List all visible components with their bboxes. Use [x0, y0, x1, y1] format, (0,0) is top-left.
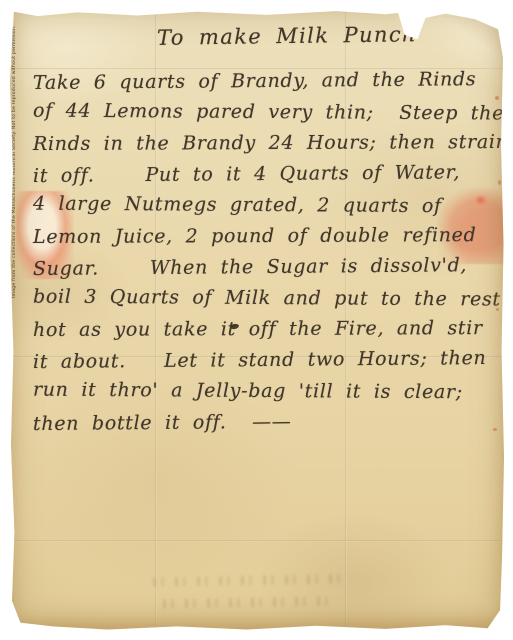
manuscript-line: Lemon Juice, 2 pound of double refined	[33, 224, 495, 248]
recipe-title: To make Milk Punch	[142, 22, 432, 50]
manuscript-line: 4 large Nutmegs grated, 2 quarts of	[33, 193, 495, 218]
manuscript-line: run it thro' a Jelly-bag 'till it is cle…	[33, 379, 495, 404]
manuscript-line: Rinds in the Brandy 24 Hours; then strai…	[33, 131, 495, 155]
manuscript-line: then bottle it off. ——	[33, 409, 495, 435]
manuscript-line: it about. Let it stand two Hours; then	[33, 347, 495, 373]
scanned-manuscript-image: To make Milk Punch Take 6 quarts of Bran…	[0, 0, 513, 640]
manuscript-line: hot as you take it off the Fire, and sti…	[33, 317, 495, 341]
red-speck	[498, 180, 501, 185]
red-speck	[495, 96, 499, 100]
manuscript-line: Take 6 quarts of Brandy, and the Rinds	[33, 68, 495, 94]
verso-ink-showthrough	[158, 597, 328, 609]
fold-crease-horizontal-bottom	[8, 540, 505, 542]
manuscript-line: it off. Put to it 4 Quarts of Water,	[33, 161, 495, 187]
archive-credit-line: Image from the collections of the Massac…	[12, 60, 17, 298]
manuscript-page: To make Milk Punch Take 6 quarts of Bran…	[8, 8, 505, 632]
manuscript-line: boil 3 Quarts of Milk and put to the res…	[33, 286, 495, 311]
manuscript-line: of 44 Lemons pared very thin; Steep the	[33, 100, 495, 125]
verso-ink-showthrough	[148, 574, 348, 586]
corner-crease	[324, 0, 417, 3]
manuscript-line: Sugar. When the Sugar is dissolv'd,	[33, 254, 495, 280]
